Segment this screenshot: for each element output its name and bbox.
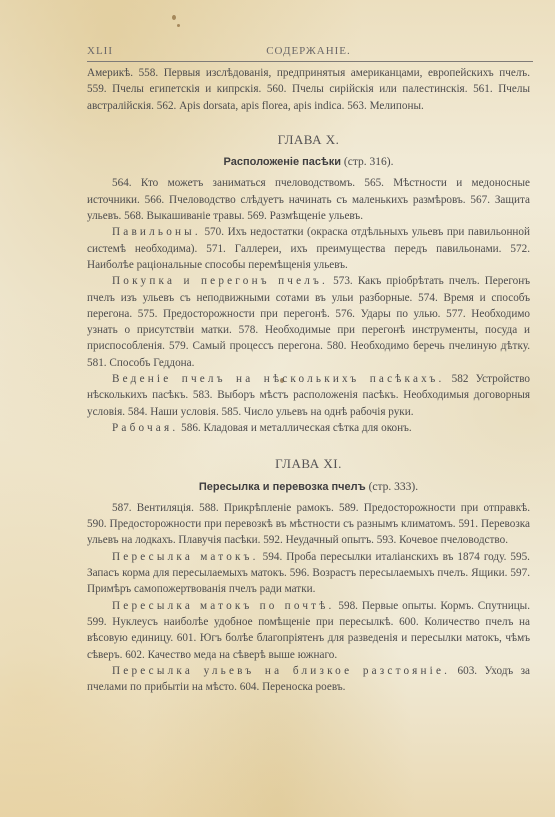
section-lead: Павильоны. [112,226,201,238]
header-rule [87,61,533,62]
section-lead: Веденіе пчелъ на нѣсколькихъ пасѣкахъ. [112,373,445,385]
chapter-heading: ГЛАВА X. [87,132,530,148]
section-paragraph: 564. Кто можетъ заниматься пчеловодством… [87,175,530,224]
chapter-heading: ГЛАВА XI. [87,456,530,472]
chapter-subtitle: Расположеніе пасѣки (стр. 316). [87,154,530,170]
section-lead: Пересылка ульевъ на близкое разстояніе. [112,665,450,677]
running-title: СОДЕРЖАНІЕ. [87,45,530,57]
section-text: 586. Кладовая и металлическая сѣтка для … [178,422,411,434]
chapter-subtitle: Пересылка и перевозка пчелъ (стр. 333). [87,479,530,495]
chapter-subtitle-page: (стр. 316). [344,156,394,168]
running-head: XLII СОДЕРЖАНІЕ. [87,45,530,61]
section-lead: Пересылка матокъ. [112,551,259,563]
section-paragraph: Веденіе пчелъ на нѣсколькихъ пасѣкахъ. 5… [87,371,530,420]
section-text: 564. Кто можетъ заниматься пчеловодством… [87,177,530,222]
section-paragraph: Павильоны. 570. Ихъ недостатки (окраска … [87,224,530,273]
section-text: 587. Вентиляція. 588. Прикрѣпленіе рамок… [87,502,530,547]
paper-stain-speck [177,24,180,27]
section-paragraph: Пересылка матокъ по почтѣ. 598. Первые о… [87,598,530,663]
section-paragraph: Пересылка матокъ. 594. Проба пересылки и… [87,549,530,598]
chapter-subtitle-title: Пересылка и перевозка пчелъ [199,481,366,493]
chapter-subtitle-page: (стр. 333). [369,481,419,493]
section-lead: Пересылка матокъ по почтѣ. [112,600,335,612]
section-lead: Покупка и перегонъ пчелъ. [112,275,328,287]
contents-body: Америкѣ. 558. Первыя изслѣдованія, предп… [87,65,530,695]
section-paragraph: 587. Вентиляція. 588. Прикрѣпленіе рамок… [87,500,530,549]
intro-paragraph: Америкѣ. 558. Первыя изслѣдованія, предп… [87,65,530,114]
section-text: 573. Какъ пріобрѣтать пчелъ. Перегонъ пч… [87,275,530,368]
section-paragraph: Пересылка ульевъ на близкое разстояніе. … [87,663,530,696]
section-lead: Рабочая. [112,422,178,434]
chapter-subtitle-title: Расположеніе пасѣки [224,156,341,168]
paper-stain-speck [172,15,176,20]
section-paragraph: Рабочая. 586. Кладовая и металлическая с… [87,420,530,436]
section-paragraph: Покупка и перегонъ пчелъ. 573. Какъ пріо… [87,273,530,371]
